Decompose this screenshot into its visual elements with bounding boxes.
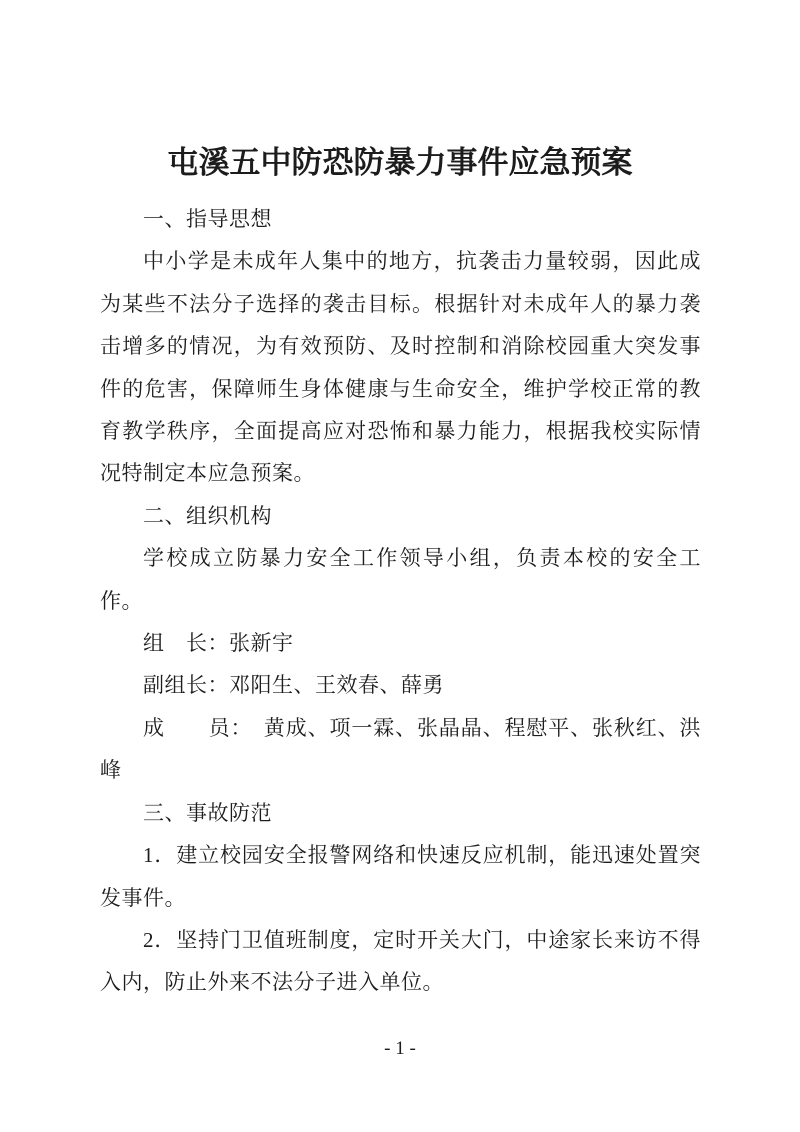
paragraph-deputy-leaders: 副组长：邓阳生、王效春、薛勇 bbox=[100, 664, 701, 706]
page-number: - 1 - bbox=[0, 1036, 800, 1062]
section-heading-2: 二、组织机构 bbox=[100, 495, 701, 537]
paragraph-prevention-item-2: 2．坚持门卫值班制度，定时开关大门，中途家长来访不得入内，防止外来不法分子进入单… bbox=[100, 919, 701, 1004]
document-page: 屯溪五中防恐防暴力事件应急预案 一、指导思想 中小学是未成年人集中的地方，抗袭击… bbox=[0, 0, 800, 1132]
section-heading-1: 一、指导思想 bbox=[100, 198, 701, 240]
document-title: 屯溪五中防恐防暴力事件应急预案 bbox=[0, 138, 800, 188]
paragraph-prevention-item-1: 1．建立校园安全报警网络和快速反应机制，能迅速处置突发事件。 bbox=[100, 834, 701, 919]
paragraph-leading-group: 学校成立防暴力安全工作领导小组，负责本校的安全工作。 bbox=[100, 537, 701, 622]
document-body: 一、指导思想 中小学是未成年人集中的地方，抗袭击力量较弱，因此成为某些不法分子选… bbox=[100, 198, 701, 1004]
paragraph-guiding-ideology: 中小学是未成年人集中的地方，抗袭击力量较弱，因此成为某些不法分子选择的袭击目标。… bbox=[100, 240, 701, 494]
section-heading-3: 三、事故防范 bbox=[100, 792, 701, 834]
paragraph-members: 成 员： 黄成、项一霖、张晶晶、程慰平、张秋红、洪峰 bbox=[100, 707, 701, 792]
paragraph-group-leader: 组 长：张新宇 bbox=[100, 622, 701, 664]
